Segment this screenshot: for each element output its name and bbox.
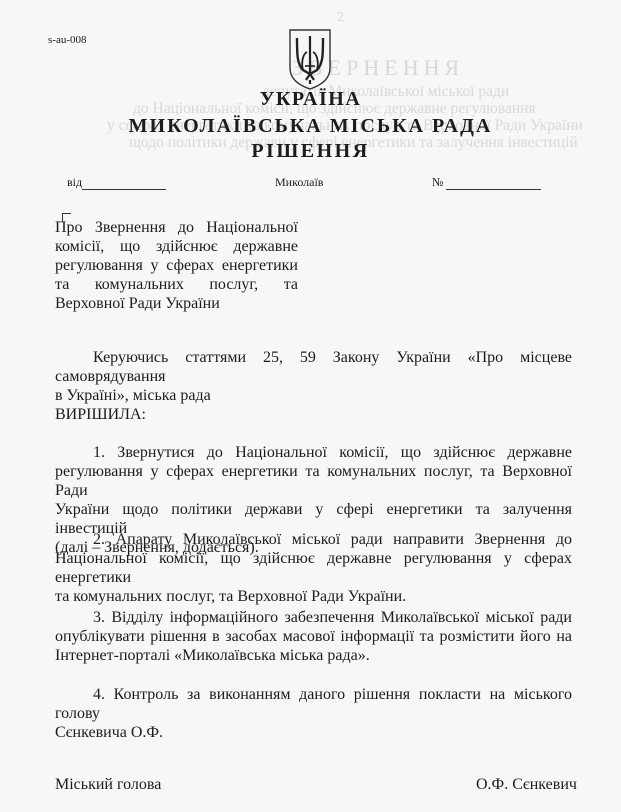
number-label: № [432,175,443,189]
item-line: Інтернет-порталі «Миколаївська міська ра… [55,646,572,665]
preamble-line: Керуючись статтями 25, 59 Закону України… [55,348,572,386]
number-field: № [432,175,541,190]
date-label: від [67,175,82,189]
resolved-heading: ВИРІШИЛА: [55,405,572,424]
preamble-line: в Україні», міська рада [55,386,572,405]
document-code: s-au-008 [48,34,87,46]
date-blank [82,189,166,190]
resolution-item-2: 2. Апарату Миколаївської міської ради на… [55,530,572,606]
resolution-item-4: 4. Контроль за виконанням даного рішення… [55,685,572,742]
item-line: Сєнкевича О.Ф. [55,723,572,742]
preamble: Керуючись статтями 25, 59 Закону України… [55,348,572,405]
decision-subject: Про Звернення до Національної комісії, щ… [55,218,298,313]
tryzub-coat-of-arms-icon [287,28,333,90]
document-page: 2 ЗВЕРНЕННЯ депутатів Миколаївської місь… [0,0,621,812]
header-country: УКРАЇНА [0,88,621,111]
subject-line: комісії, що здійснює державне [55,237,298,256]
item-line: 2. Апарату Миколаївської міської ради на… [55,530,572,549]
city-label: Миколаїв [275,175,323,190]
resolution-item-3: 3. Відділу інформаційного забезпечення М… [55,608,572,665]
subject-line: Про Звернення до Національної [55,218,298,237]
subject-line: та комунальних послуг, та [55,275,298,294]
item-line: та комунальних послуг, та Верховної Ради… [55,587,572,606]
item-line: 1. Звернутися до Національної комісії, щ… [55,443,572,462]
item-line: Національної комісії, що здійснює держав… [55,549,572,587]
item-line: регулювання у сферах енергетики та комун… [55,462,572,500]
bleed-through-page-number: 2 [337,8,344,27]
number-blank [446,189,541,190]
subject-line: Верховної Ради України [55,294,298,313]
subject-line: регулювання у сферах енергетики [55,256,298,275]
item-line: опублікувати рішення в засобах масової і… [55,627,572,646]
item-line: 4. Контроль за виконанням даного рішення… [55,685,572,723]
item-line: 3. Відділу інформаційного забезпечення М… [55,608,572,627]
signatory-title: Міський голова [55,776,161,794]
signatory-name: О.Ф. Сєнкевич [476,776,577,794]
date-field: від [67,175,166,190]
header-council: МИКОЛАЇВСЬКА МІСЬКА РАДА [0,115,621,138]
header-doc-type: РІШЕННЯ [0,140,621,163]
